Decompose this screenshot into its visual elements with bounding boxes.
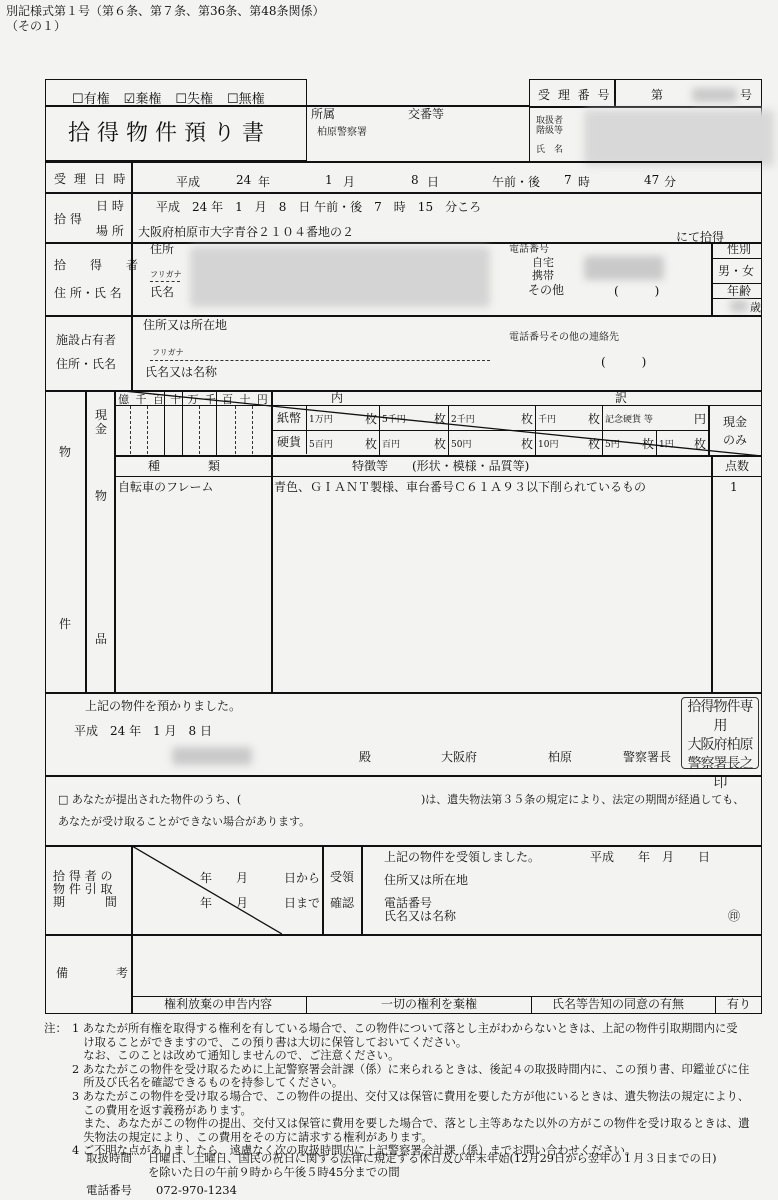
cash-label: 現金 (95, 408, 109, 436)
received-datetime-label: 受 理 日 時 (54, 173, 127, 185)
found-label: 拾 得 (54, 213, 82, 225)
items-header-count: 点数 (725, 460, 749, 472)
finder-info-redacted (190, 247, 490, 307)
finder-phone-label: 電話番号 (509, 245, 549, 255)
receipt-number-redacted (692, 88, 737, 102)
notes-list: 1 あなたが所有権を取得する権利を有している場合で、この物件について落とし主がわ… (72, 1022, 750, 1158)
pickup-address-label: 住所又は所在地 (384, 874, 468, 886)
remarks-label: 備 考 (56, 967, 128, 979)
found-datetime-label: 日 時 (96, 200, 124, 212)
waiver-value: 一切の権利を棄権 (381, 998, 477, 1010)
pickup-received-text: 上記の物件を受領しました。 (384, 851, 540, 863)
hours-label: 取扱時間 (86, 1153, 132, 1165)
rights-option-yuken[interactable]: ☐有権 (72, 88, 110, 107)
finder-address-name-label: 住 所・氏 名 (54, 287, 122, 299)
occupant-address-name-label: 住所・氏名 (56, 358, 116, 370)
found-place: 大阪府柏原市大字青谷２１０４番地の２ (138, 226, 354, 238)
addressee-redacted (172, 747, 252, 765)
waiver-label: 権利放棄の申告内容 (164, 998, 272, 1010)
receipt-suffix: 号 (740, 89, 752, 101)
item-count: 1 (730, 481, 738, 493)
item-ken-label: 件 (59, 618, 71, 630)
pickup-received-date: 平成 年 月 日 (590, 851, 710, 863)
ack-chief: 警察署長 (623, 751, 671, 763)
consent-label: 氏名等告知の同意の有無 (552, 998, 684, 1010)
item-type: 自転車のフレーム (118, 481, 214, 493)
gender-label: 性別 (727, 243, 751, 255)
finder-other-label: その他 (528, 284, 564, 296)
gender-value[interactable]: 男・女 (718, 265, 754, 277)
pickup-from: 年 月 日から (200, 872, 320, 884)
notes-prefix: 注： (44, 1023, 67, 1035)
finder-label: 拾 得 者 (54, 259, 144, 271)
ack-pref: 大阪府 (441, 751, 477, 763)
items-header-type: 種 類 (148, 460, 220, 472)
rights-option-kiken[interactable]: ☑棄権 (124, 88, 162, 107)
notes-phone-value: 072-970-1234 (156, 1185, 237, 1197)
affiliation-value: 柏原警察署 (317, 128, 367, 138)
affiliation-label: 所属 (311, 108, 335, 120)
item-hin-top-label: 物 (95, 490, 107, 502)
found-place-label: 場 所 (96, 225, 124, 237)
consent-value: 有り (727, 998, 751, 1010)
form-ref-text: 別記様式第１号（第６条、第７条、第36条、第48条関係） (6, 4, 325, 19)
pickup-period-label: 拾 得 者 の 物 件 引 取 期 間 (53, 870, 117, 909)
ack-text: 上記の物件を預かりました。 (85, 700, 241, 712)
received-datetime: 平成 24 年 1 月 8 日 午前・後 7 時 47 分 (176, 173, 676, 190)
rights-options: ☐有権 ☑棄権 ☐失権 ☐無権 (72, 88, 265, 107)
notice-line1-a: □ あなたが提出された物件のうち、( (58, 794, 241, 805)
item-features: 青色、ＧＩＡＮＴ製様、車台番号Ｃ６１Ａ９３以下削られているもの (274, 481, 646, 493)
form-sub-text: （その１） (6, 19, 325, 34)
occupant-address-label: 住所又は所在地 (143, 319, 227, 331)
pickup-to: 年 月 日まで (200, 897, 320, 909)
pickup-phone-label: 電話番号 (384, 897, 432, 909)
age-unit: 歳 (750, 302, 761, 313)
cash-strike-line (114, 390, 762, 456)
pickup-name-label: 氏名又は名称 (384, 910, 456, 922)
handler-name-label: 氏 名 (536, 146, 563, 155)
ack-date: 平成 24 年 1 月 8 日 (74, 725, 212, 737)
occupant-contact-paren: ( ) (601, 356, 646, 368)
found-datetime: 平成 24 年 1 月 8 日 午前・後 7 時 15 分ころ (156, 201, 481, 213)
notice-line2: あなたが受け取ることができない場合があります。 (58, 816, 310, 827)
form-reference: 別記様式第１号（第６条、第７条、第36条、第48条関係） （その１） (6, 4, 325, 34)
occupant-furigana-label: フリガナ (152, 349, 184, 357)
age-redacted (730, 300, 748, 312)
handler-redacted (584, 110, 774, 166)
rights-option-shikken[interactable]: ☐失権 (175, 88, 213, 107)
pickup-confirm-label: 受領 確認 (330, 871, 354, 910)
page-title: 拾 得 物 件 預 り 書 (68, 123, 264, 145)
notice-line1-b: )は、遺失物法第３５条の規定により、法定の期間が経過しても、 (421, 794, 744, 805)
receipt-prefix: 第 (651, 89, 663, 101)
finder-home-label: 自宅 (532, 257, 554, 268)
hours-line1: 日曜日、土曜日、国民の祝日に関する法律に規定する休日及び年末年始(12月29日か… (148, 1153, 717, 1164)
finder-address-label: 住所 (150, 243, 174, 255)
handler-rank-label: 取扱者 階級等 (536, 116, 563, 136)
occupant-contact-label: 電話番号その他の連絡先 (509, 333, 619, 343)
age-label: 年齢 (727, 285, 751, 297)
rights-option-muken[interactable]: ☐無権 (227, 88, 265, 107)
finder-name-label: 氏名 (150, 286, 174, 298)
hours-line2: を除いた日の午前９時から午後５時45分までの間 (148, 1167, 400, 1178)
items-header-features: 特徴等 (形状・模様・品質等) (352, 460, 529, 472)
occupant-label: 施設占有者 (56, 334, 116, 346)
addressee-suffix: 殿 (359, 751, 371, 763)
occupant-name-label: 氏名又は名称 (145, 366, 217, 378)
finder-furigana-label: フリガナ (150, 271, 182, 279)
finder-mobile-label: 携帯 (532, 270, 554, 281)
official-seal-stamp: 拾得物件専用 大阪府柏原 警察署長之印 (681, 697, 759, 769)
notes-phone-label: 電話番号 (86, 1185, 132, 1197)
item-mono-label: 物 (59, 446, 71, 458)
finder-other-paren: ( ) (614, 285, 659, 297)
seal-mark: ㊞ (728, 910, 740, 922)
receipt-number-label: 受 理 番 号 (538, 89, 611, 101)
koban-label: 交番等 (408, 108, 444, 120)
pickup-diagonal-line (132, 846, 282, 934)
finder-phone-redacted (584, 256, 664, 280)
item-hin-bottom-label: 品 (95, 633, 107, 645)
ack-city: 柏原 (548, 751, 572, 763)
